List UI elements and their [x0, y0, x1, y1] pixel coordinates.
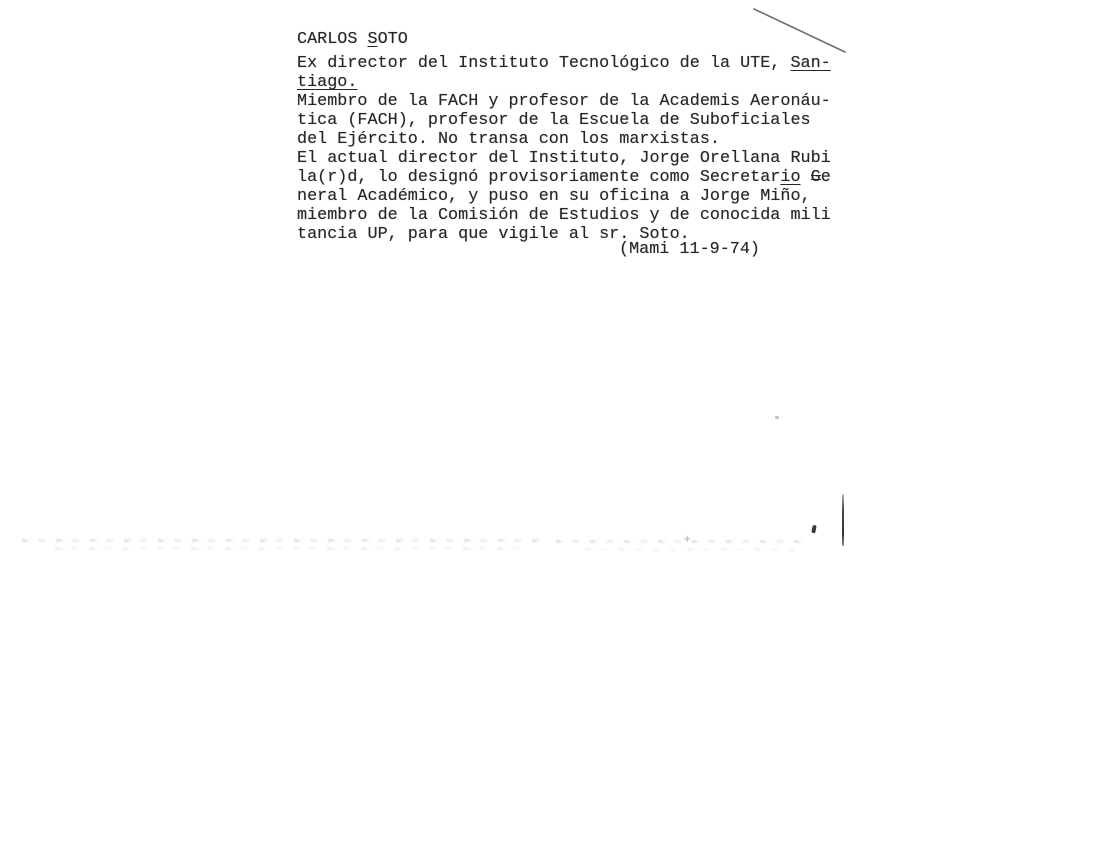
dust-speck: [775, 416, 779, 419]
text-segment: Miembro de la FACH y profesor de la Acad…: [297, 92, 831, 111]
text-segment: [801, 168, 811, 187]
document-line: tica (FACH), profesor de la Escuela de S…: [297, 111, 867, 130]
text-segment: e: [821, 168, 831, 187]
document-line: del Ejército. No transa con los marxista…: [297, 130, 867, 149]
underlined-text: io: [780, 168, 800, 187]
overstruck-character: G: [811, 168, 821, 187]
text-segment: neral Académico, y puso en su oficina a …: [297, 187, 811, 206]
document-line: neral Académico, y puso en su oficina a …: [297, 187, 867, 206]
document-text-block: CARLOS SOTOEx director del Instituto Tec…: [297, 30, 867, 259]
document-line: la(r)d, lo designó provisoriamente como …: [297, 168, 867, 187]
text-segment: miembro de la Comisión de Estudios y de …: [297, 206, 831, 225]
scan-smudge-band: [22, 539, 545, 542]
plus-artifact: +: [683, 534, 691, 545]
scan-smudge-band: [556, 540, 808, 543]
scan-smudge-band: [585, 548, 795, 551]
text-segment: CARLOS: [297, 30, 368, 49]
text-segment: Ex director del Instituto Tecnológico de…: [297, 54, 790, 73]
scan-smudge-band: [55, 547, 525, 550]
document-line: tiago.: [297, 73, 867, 92]
text-segment: OTO: [378, 30, 408, 49]
text-segment: la(r)d, lo designó provisoriamente como …: [297, 168, 780, 187]
text-segment: del Ejército. No transa con los marxista…: [297, 130, 720, 149]
scanned-document-page: CARLOS SOTOEx director del Instituto Tec…: [0, 0, 1100, 850]
vertical-edge-mark: [842, 494, 844, 546]
underlined-text: S: [368, 30, 378, 49]
underlined-text: tiago.: [297, 73, 357, 92]
text-segment: El actual director del Instituto, Jorge …: [297, 149, 831, 168]
ink-comma-mark: [811, 525, 816, 534]
document-line: miembro de la Comisión de Estudios y de …: [297, 206, 867, 225]
document-line: El actual director del Instituto, Jorge …: [297, 149, 867, 168]
diagonal-pen-line: [748, 4, 852, 58]
document-line: Miembro de la FACH y profesor de la Acad…: [297, 92, 867, 111]
text-segment: tica (FACH), profesor de la Escuela de S…: [297, 111, 811, 130]
text-segment: (Mami 11-9-74): [619, 240, 760, 259]
